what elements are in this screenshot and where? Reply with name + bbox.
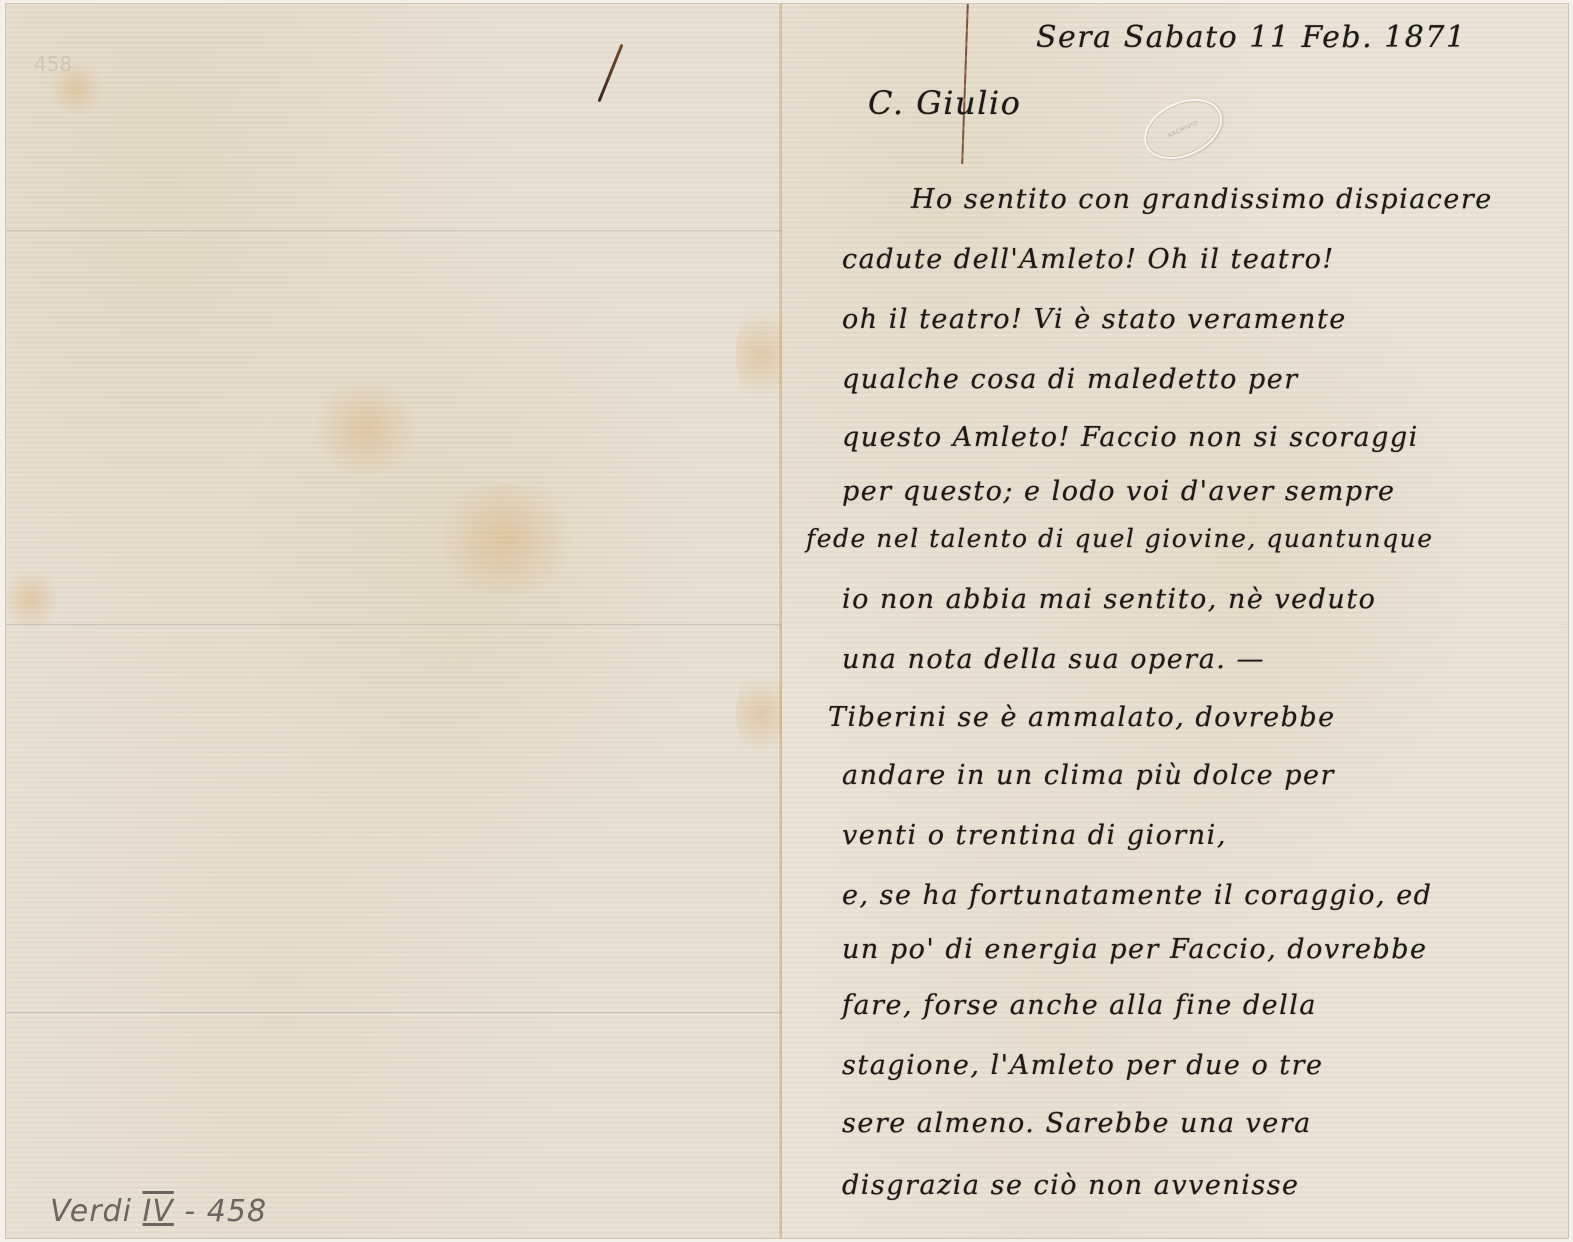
paper-fold (6, 624, 782, 627)
letter-line: io non abbia mai sentito, nè veduto (842, 584, 1376, 615)
archive-shelfmark: Verdi IV - 458 (50, 1194, 267, 1229)
letter-line: per questo; e lodo voi d'aver sempre (842, 476, 1395, 507)
paper-fold (1558, 230, 1568, 232)
foxing-stain (426, 484, 586, 594)
letter-line: venti o trentina di giorni, (842, 820, 1227, 851)
paper-fold (1558, 624, 1568, 626)
letter-line: fare, forse anche alla fine della (842, 990, 1317, 1021)
letter-line: Tiberini se è ammalato, dovrebbe (828, 702, 1336, 733)
shelfmark-volume: IV (142, 1194, 173, 1229)
letter-line: un po' di energia per Faccio, dovrebbe (842, 934, 1428, 965)
letter-line: oh il teatro! Vi è stato veramente (842, 304, 1347, 335)
letter-dateline: Sera Sabato 11 Feb. 1871 (1036, 20, 1467, 55)
foxing-stain (306, 384, 426, 474)
letter-line: stagione, l'Amleto per due o tre (842, 1050, 1324, 1081)
paper-fold (6, 230, 782, 233)
foxing-stain (46, 64, 106, 114)
letter-salutation: C. Giulio (868, 84, 1021, 122)
letter-line: questo Amleto! Faccio non si scoraggi (842, 422, 1419, 453)
letter-scan: 458 Verdi IV - 458 ARCHIVIO Sera Sabato … (6, 4, 1568, 1238)
left-page: 458 Verdi IV - 458 (6, 4, 782, 1238)
letter-line: e, se ha fortunatamente il coraggio, ed (842, 880, 1432, 911)
shelfmark-number: 458 (207, 1194, 267, 1229)
letter-line: cadute dell'Amleto! Oh il teatro! (842, 244, 1335, 275)
letter-line: Ho sentito con grandissimo dispiacere (911, 184, 1493, 215)
letter-line: disgrazia se ciò non avvenisse (842, 1170, 1300, 1201)
paper-fold (1558, 1012, 1568, 1014)
ink-stroke-mark (597, 44, 623, 103)
letter-line: qualche cosa di maledetto per (842, 364, 1299, 395)
shelfmark-collection: Verdi (50, 1194, 132, 1229)
letter-line: andare in un clima più dolce per (842, 760, 1335, 791)
letter-line: una nota della sua opera. — (842, 644, 1265, 675)
paper-fold (6, 1012, 782, 1015)
shelfmark-separator: - (184, 1194, 196, 1229)
letter-line: fede nel talento di quel giovine, quantu… (806, 524, 1434, 553)
letter-line: sere almeno. Sarebbe una vera (842, 1108, 1312, 1139)
